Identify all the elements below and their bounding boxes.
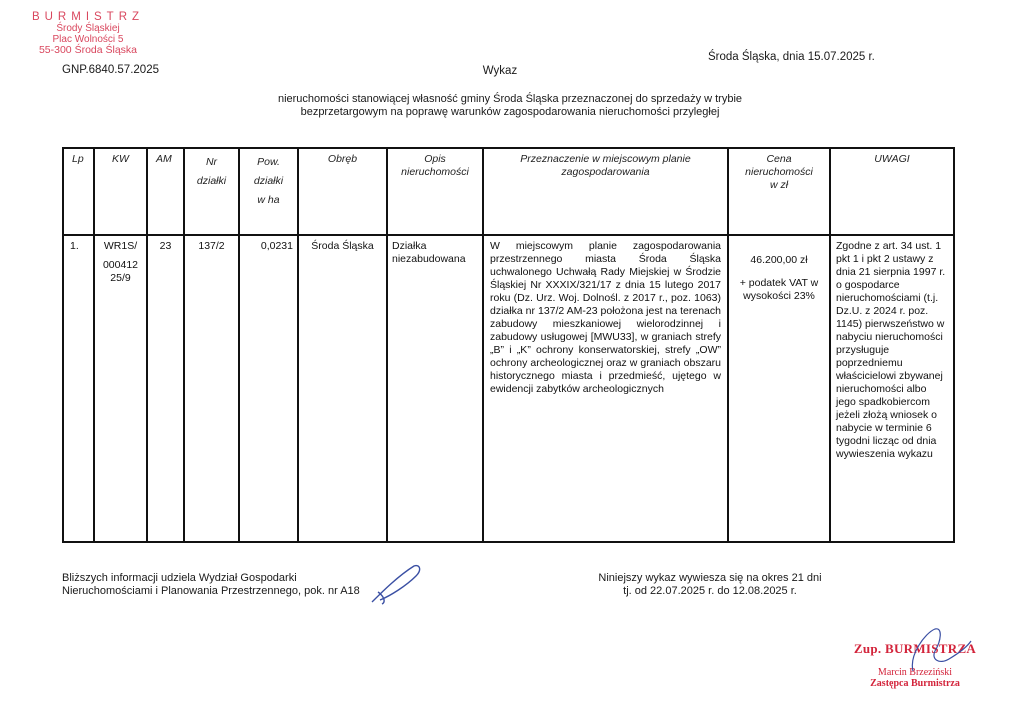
price-value: 46.200,00 zł: [733, 254, 825, 267]
stamp-title: BURMISTRZ: [28, 12, 148, 23]
header-pow-line1: Pow.: [244, 153, 293, 172]
cell-uwagi: Zgodne z art. 34 ust. 1 pkt 1 i pkt 2 us…: [830, 235, 954, 542]
cell-kw: WR1S/ 000412 25/9: [94, 235, 147, 542]
office-stamp: BURMISTRZ Środy Śląskiej Plac Wolności 5…: [28, 12, 148, 56]
kw-line2: 000412: [99, 259, 142, 272]
header-nr-dzialki: Nr działki: [184, 148, 239, 235]
contact-info: Bliższych informacji udziela Wydział Gos…: [62, 572, 360, 598]
stamp-line-postcode: 55-300 Środa Śląska: [28, 45, 148, 56]
cell-am: 23: [147, 235, 184, 542]
subtitle-line-1: nieruchomości stanowiącej własność gminy…: [200, 93, 820, 106]
header-nr-line1: Nr: [189, 153, 234, 172]
price-vat-note: + podatek VAT w wysokości 23%: [740, 277, 819, 302]
posting-period: Niniejszy wykaz wywiesza się na okres 21…: [560, 572, 860, 598]
stamp-line-city: Środy Śląskiej: [28, 23, 148, 34]
cell-opis: Działka niezabudowana: [387, 235, 483, 542]
header-pow-line3: w ha: [244, 191, 293, 210]
kw-line1: WR1S/: [99, 240, 142, 253]
cell-cena: 46.200,00 zł + podatek VAT w wysokości 2…: [728, 235, 830, 542]
header-pow-line2: działki: [244, 172, 293, 191]
place-and-date: Środa Śląska, dnia 15.07.2025 r.: [708, 51, 875, 64]
header-obreb: Obręb: [298, 148, 387, 235]
contact-line-1: Bliższych informacji udziela Wydział Gos…: [62, 572, 360, 585]
table-row: 1. WR1S/ 000412 25/9 23 137/2 0,0231 Śro…: [63, 235, 954, 542]
cell-obreb: Środa Śląska: [298, 235, 387, 542]
subtitle-line-2: bezprzetargowym na poprawę warunków zago…: [200, 106, 820, 119]
document-title: Wykaz: [440, 65, 560, 78]
property-list-table: Lp KW AM Nr działki Pow. działki w ha Ob…: [62, 147, 955, 543]
header-pow: Pow. działki w ha: [239, 148, 298, 235]
posting-line-2: tj. od 22.07.2025 r. do 12.08.2025 r.: [560, 585, 860, 598]
cell-nr-dzialki: 137/2: [184, 235, 239, 542]
header-opis: Opis nieruchomości: [387, 148, 483, 235]
header-uwagi: UWAGI: [830, 148, 954, 235]
initials-pen-mark-icon: [368, 562, 426, 606]
header-cena: Cena nieruchomości w zł: [728, 148, 830, 235]
header-kw: KW: [94, 148, 147, 235]
signature-role: Zastępca Burmistrza: [840, 678, 990, 689]
posting-line-1: Niniejszy wykaz wywiesza się na okres 21…: [560, 572, 860, 585]
header-przeznaczenie: Przeznaczenie w miejscowym planie zagosp…: [483, 148, 728, 235]
kw-line3: 25/9: [99, 272, 142, 285]
cell-przeznaczenie: W miejscowym planie zagospodarowania prz…: [483, 235, 728, 542]
header-am: AM: [147, 148, 184, 235]
cell-lp: 1.: [63, 235, 94, 542]
header-nr-line2: działki: [189, 172, 234, 191]
table-header-row: Lp KW AM Nr działki Pow. działki w ha Ob…: [63, 148, 954, 235]
handwritten-signature-icon: [905, 625, 975, 675]
header-lp: Lp: [63, 148, 94, 235]
document-subtitle: nieruchomości stanowiącej własność gminy…: [200, 93, 820, 119]
reference-number: GNP.6840.57.2025: [62, 64, 159, 77]
cell-powierzchnia: 0,0231: [239, 235, 298, 542]
contact-line-2: Nieruchomościami i Planowania Przestrzen…: [62, 585, 360, 598]
